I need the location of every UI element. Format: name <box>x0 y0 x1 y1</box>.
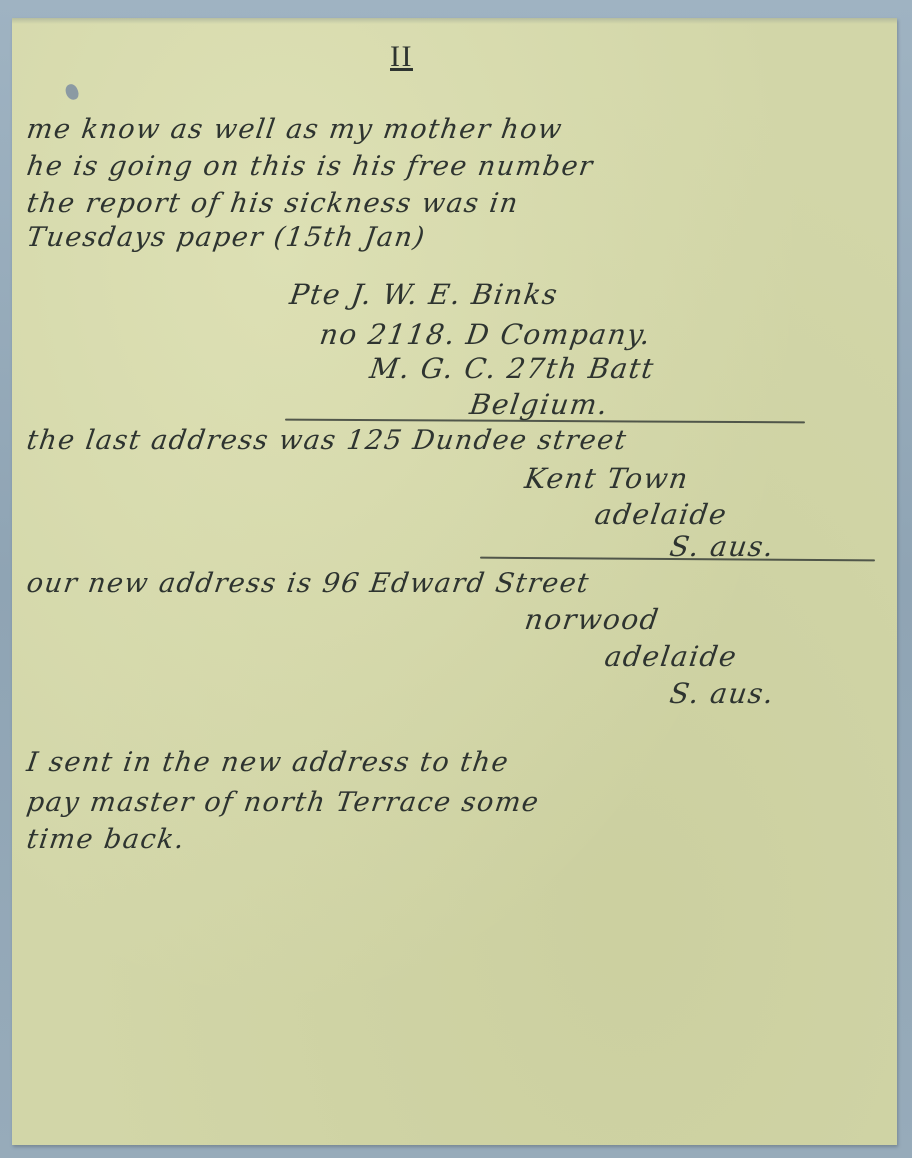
paragraph-1-line: he is going on this is his free number <box>25 151 596 182</box>
last-address-line: the last address was 125 Dundee street <box>25 425 629 456</box>
last-address-city: adelaide <box>593 498 730 531</box>
paragraph-1-line: me know as well as my mother how <box>25 114 565 145</box>
page-number: II <box>390 40 413 74</box>
paragraph-1-line: Tuesdays paper (15th Jan) <box>25 222 428 253</box>
new-address-line: our new address is 96 Edward Street <box>25 568 592 599</box>
paragraph-2-line: I sent in the new address to the <box>25 747 511 778</box>
soldier-unit: no 2118. D Company. <box>318 318 654 351</box>
last-address-suburb: Kent Town <box>523 462 691 495</box>
paragraph-2-line: time back. <box>25 824 187 855</box>
new-address-suburb: norwood <box>523 603 662 636</box>
soldier-battalion: M. G. C. 27th Batt <box>368 352 657 385</box>
soldier-name: Pte J. W. E. Binks <box>288 278 561 311</box>
new-address-state: S. aus. <box>668 677 777 710</box>
paragraph-1-line: the report of his sickness was in <box>25 188 521 219</box>
soldier-country: Belgium. <box>468 388 611 421</box>
page-top-edge <box>12 18 897 24</box>
new-address-city: adelaide <box>603 640 740 673</box>
paragraph-2-line: pay master of north Terrace some <box>25 787 542 818</box>
